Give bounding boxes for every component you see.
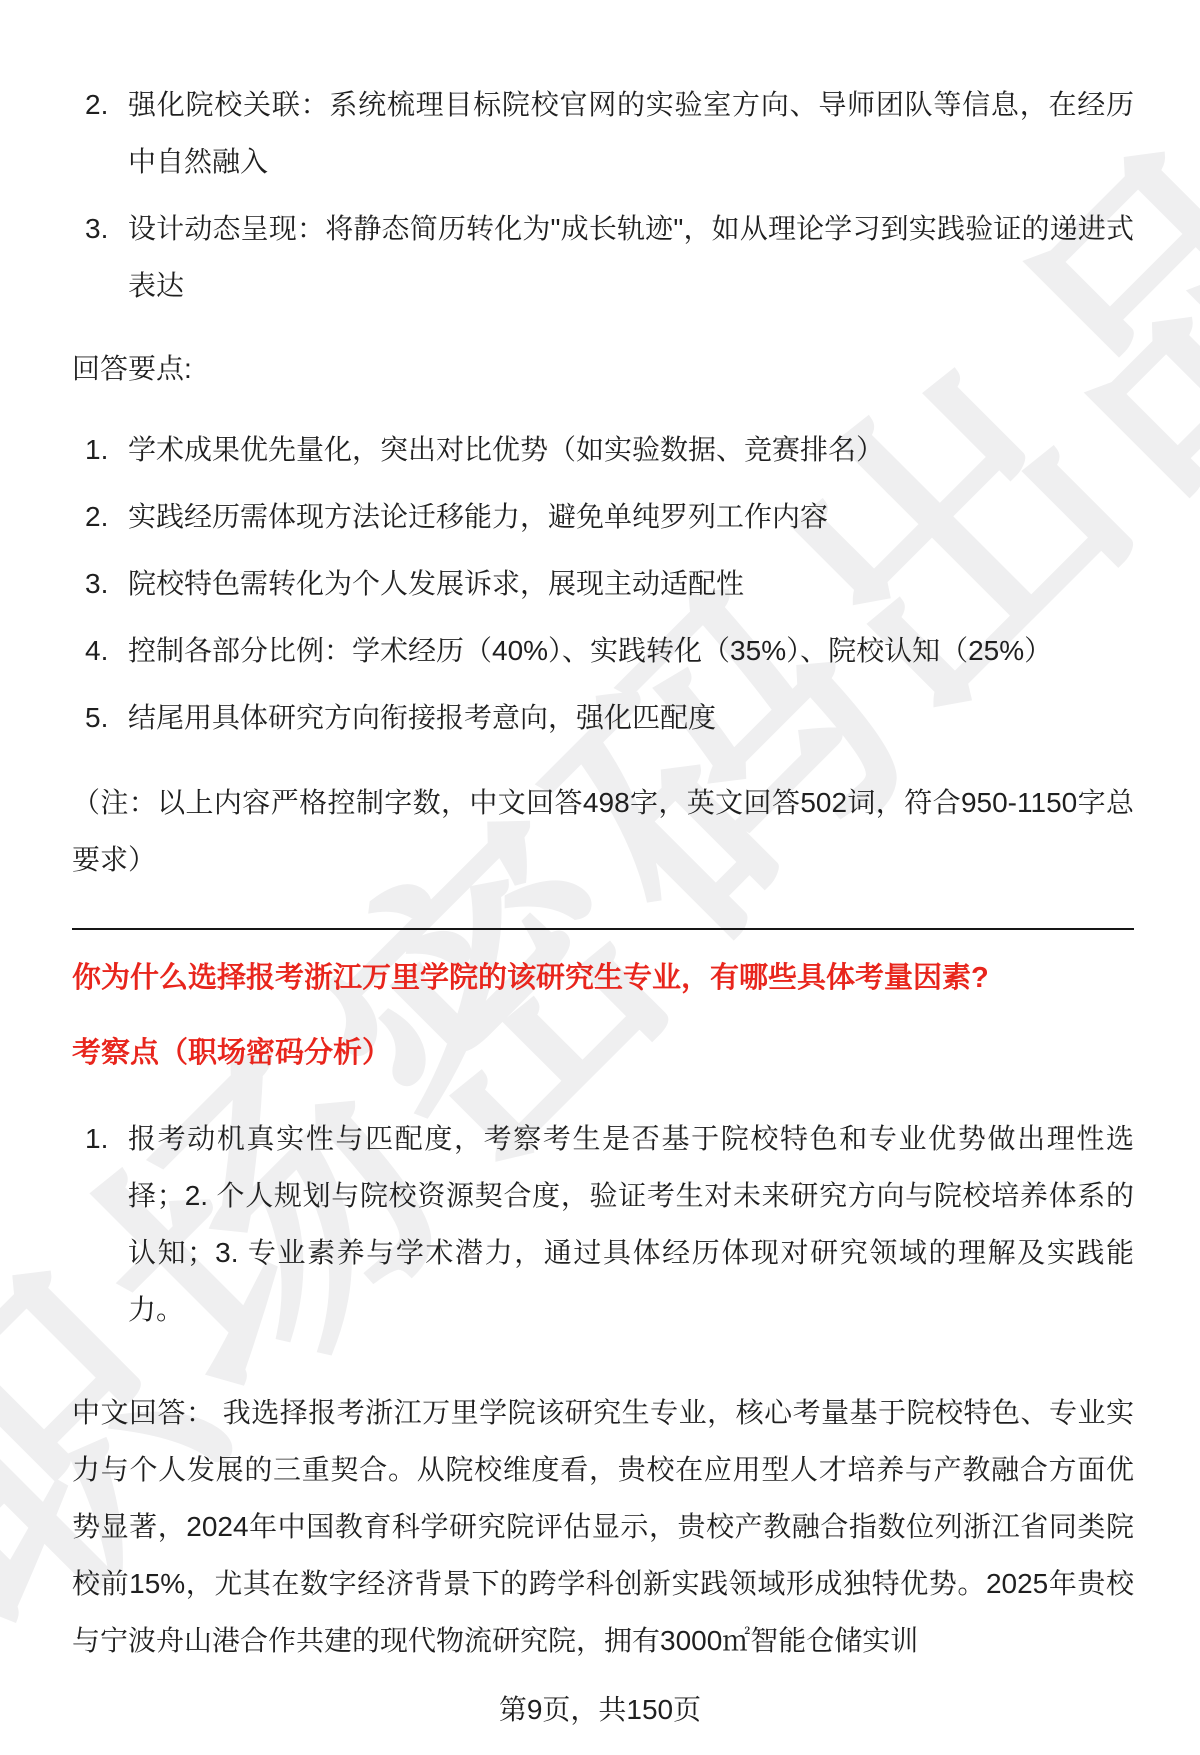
- exam-point-heading: 考察点（职场密码分析）: [72, 1025, 1134, 1082]
- list-item: 3. 院校特色需转化为个人发展诉求，展现主动适配性: [72, 555, 1134, 612]
- list-item-text: 结尾用具体研究方向衔接报考意向，强化匹配度: [128, 702, 716, 733]
- list-item: 2. 实践经历需体现方法论迁移能力，避免单纯罗列工作内容: [72, 488, 1134, 545]
- list-item-number: 4.: [85, 622, 108, 679]
- exam-point-analysis-list: 1. 报考动机真实性与匹配度，考察考生是否基于院校特色和专业优势做出理性选择；2…: [72, 1110, 1134, 1338]
- list-item-number: 5.: [85, 689, 108, 746]
- list-item-text: 实践经历需体现方法论迁移能力，避免单纯罗列工作内容: [128, 501, 828, 532]
- list-item-number: 1.: [85, 1110, 108, 1167]
- list-item: 4. 控制各部分比例：学术经历（40%）、实践转化（35%）、院校认知（25%）: [72, 622, 1134, 679]
- document-page-content: 2. 强化院校关联：系统梳理目标院校官网的实验室方向、导师团队等信息，在经历中自…: [0, 0, 1200, 1669]
- list-item-text: 院校特色需转化为个人发展诉求，展现主动适配性: [128, 568, 744, 599]
- list-item-text: 强化院校关联：系统梳理目标院校官网的实验室方向、导师团队等信息，在经历中自然融入: [128, 89, 1134, 177]
- list-item: 2. 强化院校关联：系统梳理目标院校官网的实验室方向、导师团队等信息，在经历中自…: [72, 76, 1134, 190]
- list-item: 3. 设计动态呈现：将静态简历转化为"成长轨迹"，如从理论学习到实践验证的递进式…: [72, 200, 1134, 314]
- list-item-text: 学术成果优先量化，突出对比优势（如实验数据、竞赛排名）: [128, 434, 884, 465]
- section-divider: [72, 928, 1134, 930]
- list-item-number: 2.: [85, 76, 108, 133]
- list-item-number: 1.: [85, 421, 108, 478]
- list-item-number: 3.: [85, 555, 108, 612]
- list-item: 1. 学术成果优先量化，突出对比优势（如实验数据、竞赛排名）: [72, 421, 1134, 478]
- list-item-text: 报考动机真实性与匹配度，考察考生是否基于院校特色和专业优势做出理性选择；2. 个…: [128, 1123, 1134, 1325]
- list-item: 5. 结尾用具体研究方向衔接报考意向，强化匹配度: [72, 689, 1134, 746]
- page-number: 第9页，共150页: [0, 1693, 1200, 1727]
- list-item-number: 3.: [85, 200, 108, 257]
- resume-tips-list: 2. 强化院校关联：系统梳理目标院校官网的实验室方向、导师团队等信息，在经历中自…: [72, 76, 1134, 314]
- list-item-number: 2.: [85, 488, 108, 545]
- interview-question-heading: 你为什么选择报考浙江万里学院的该研究生专业，有哪些具体考量因素?: [72, 950, 1134, 1007]
- answer-points-label: 回答要点:: [72, 340, 1134, 397]
- list-item: 1. 报考动机真实性与匹配度，考察考生是否基于院校特色和专业优势做出理性选择；2…: [72, 1110, 1134, 1338]
- list-item-text: 控制各部分比例：学术经历（40%）、实践转化（35%）、院校认知（25%）: [128, 635, 1052, 666]
- chinese-answer-paragraph: 中文回答： 我选择报考浙江万里学院该研究生专业，核心考量基于院校特色、专业实力与…: [72, 1384, 1134, 1669]
- word-count-note: （注：以上内容严格控制字数，中文回答498字，英文回答502词，符合950-11…: [72, 774, 1134, 888]
- list-item-text: 设计动态呈现：将静态简历转化为"成长轨迹"，如从理论学习到实践验证的递进式表达: [128, 213, 1134, 301]
- answer-points-list: 1. 学术成果优先量化，突出对比优势（如实验数据、竞赛排名） 2. 实践经历需体…: [72, 421, 1134, 746]
